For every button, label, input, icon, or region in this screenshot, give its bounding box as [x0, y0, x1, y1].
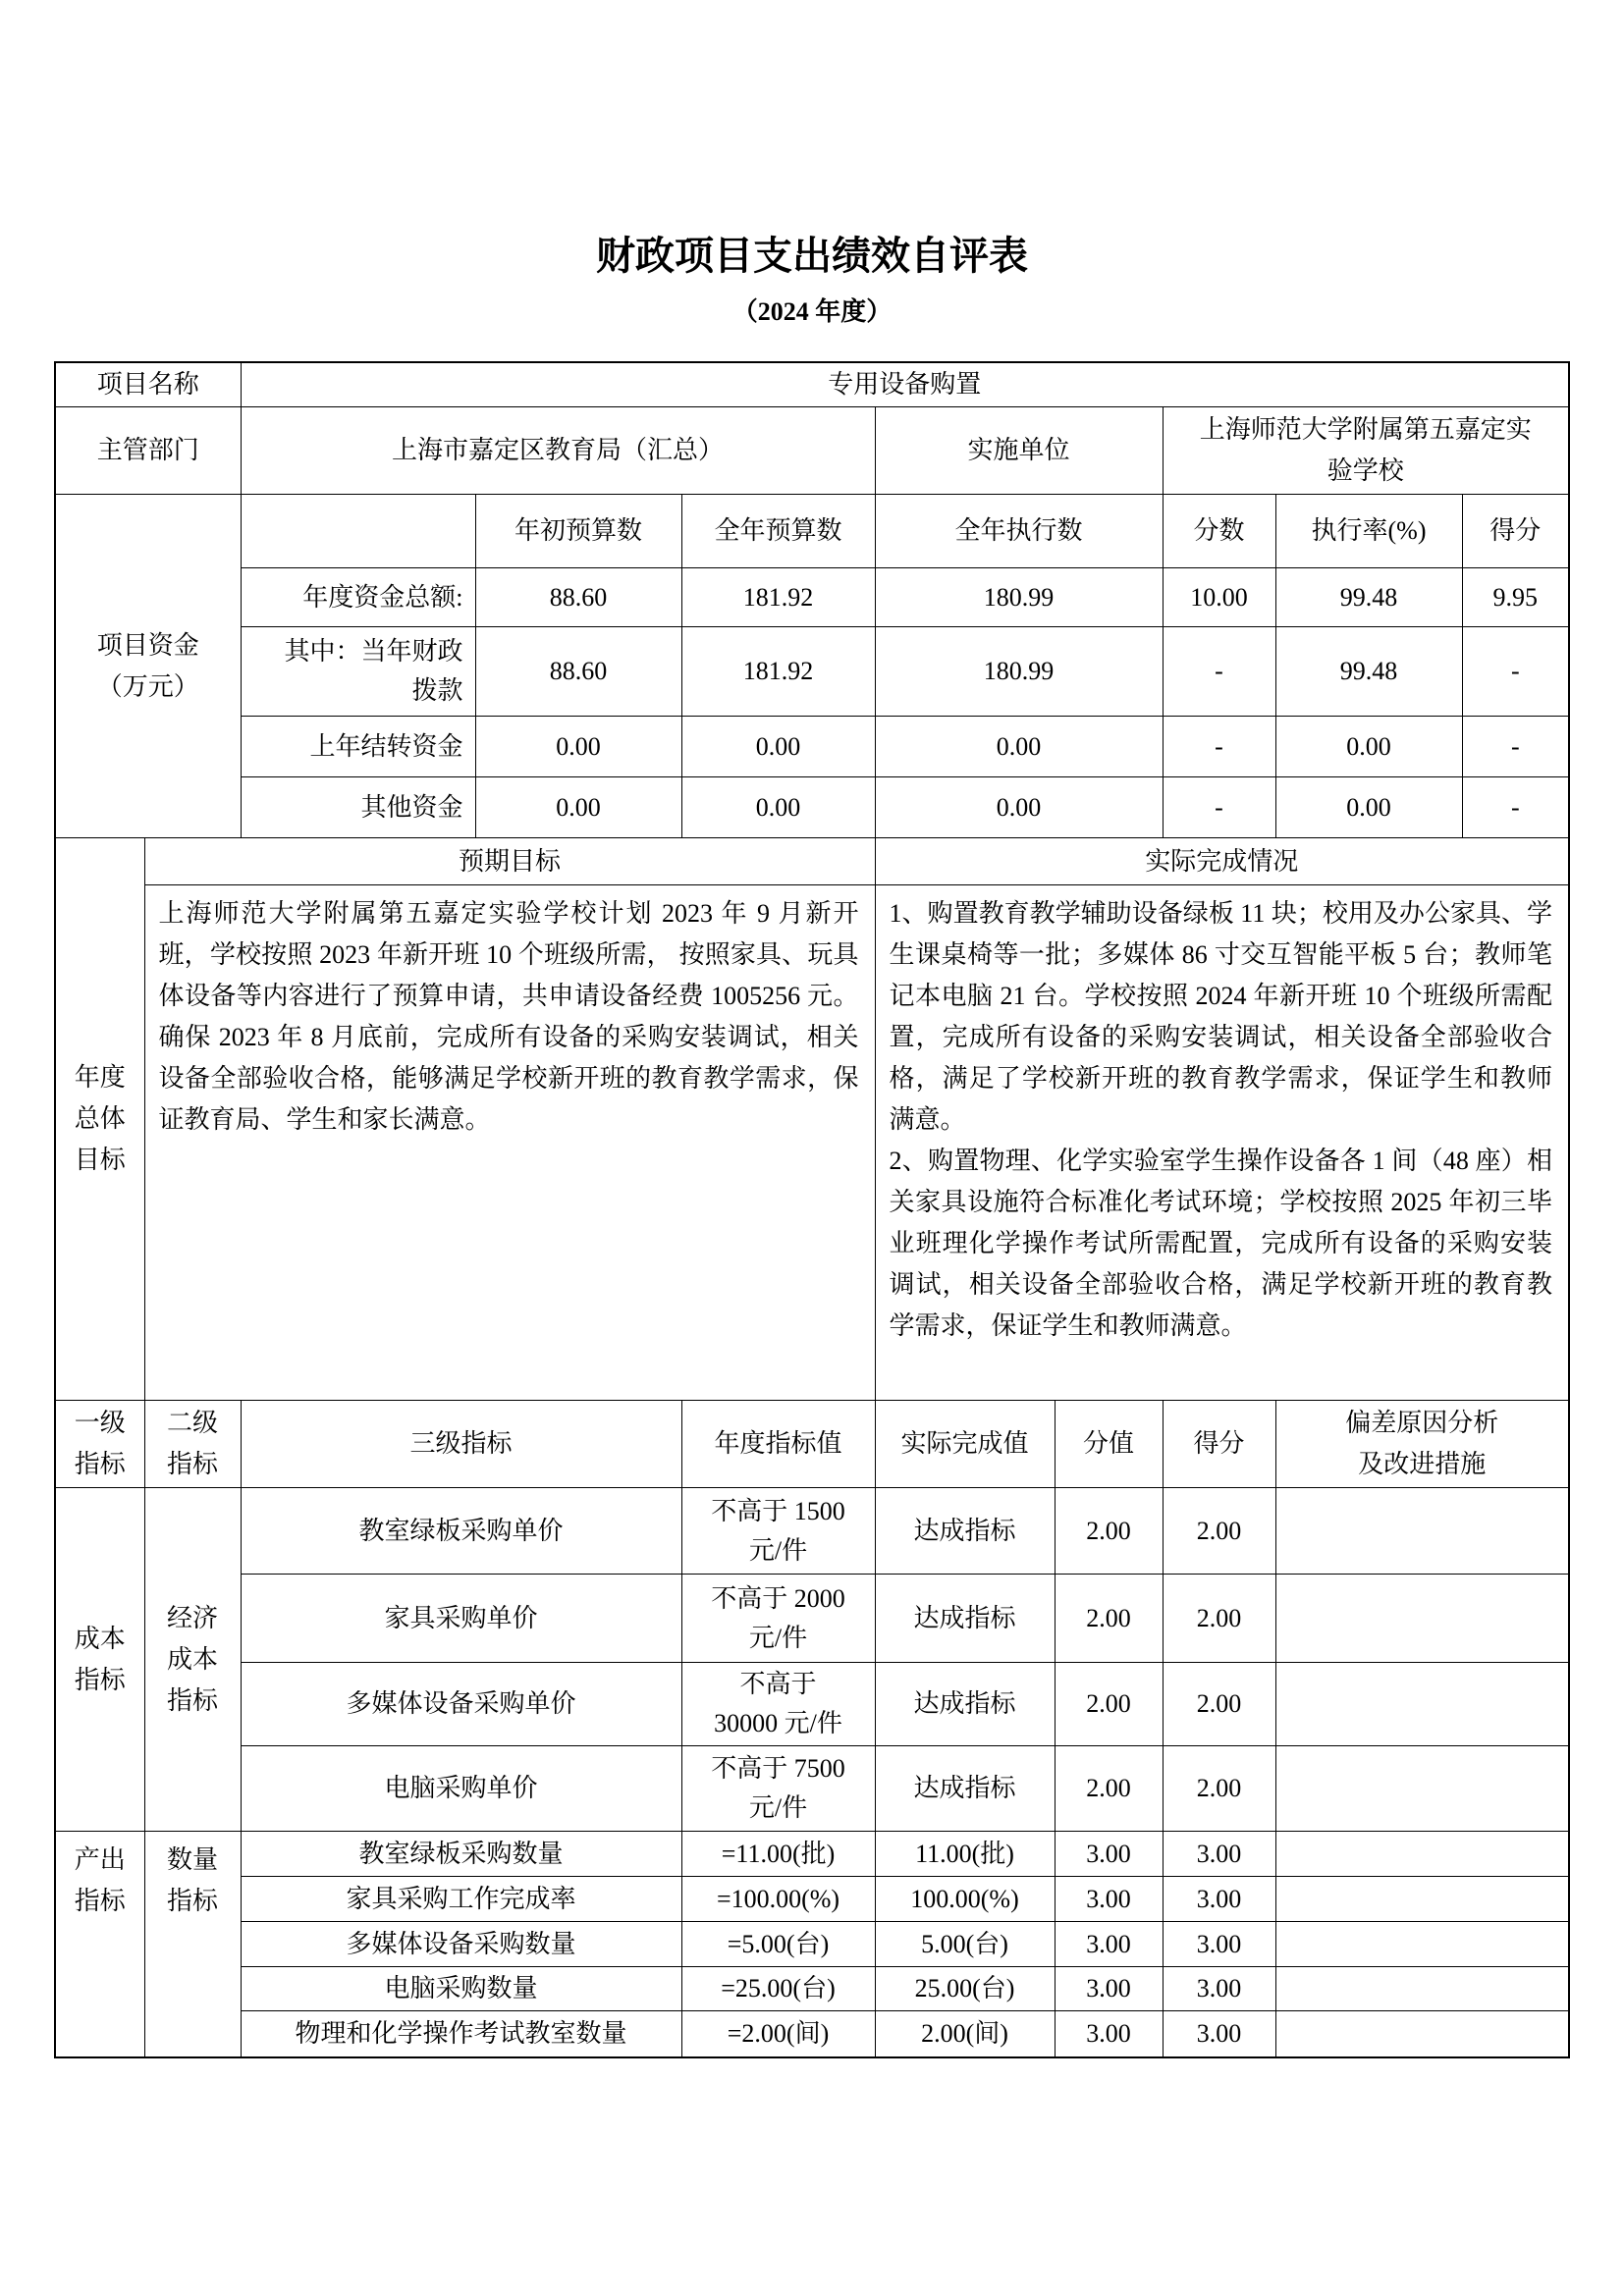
indicator-actual: 达成指标 [875, 1575, 1055, 1663]
funds-col-header-initial-budget: 年初预算数 [475, 495, 681, 568]
indicator-got: 3.00 [1163, 1967, 1275, 2011]
indicators-header-target: 年度指标值 [681, 1401, 875, 1488]
funds-cell: 180.99 [875, 568, 1163, 627]
indicators-header-level2-line1: 二级 [153, 1403, 233, 1444]
indicator-actual: 达成指标 [875, 1488, 1055, 1575]
goals-actual-paragraph-2: 2、购置物理、化学实验室学生操作设备各 1 间（48 座）相关家具设施符合标准化… [890, 1141, 1553, 1347]
indicator-target: 不高于 30000 元/件 [681, 1663, 875, 1746]
output-level2-line1: 数量 [153, 1840, 233, 1881]
goals-expected-paragraph: 上海师范大学附属第五嘉定实验学校计划 2023 年 9 月新开班，学校按照 20… [159, 893, 859, 1141]
indicator-target-line1: 不高于 7500 [690, 1749, 867, 1789]
indicator-target: 不高于 1500 元/件 [681, 1488, 875, 1575]
goals-actual-paragraph-1: 1、购置教育教学辅助设备绿板 11 块；校用及办公家具、学生课桌椅等一批；多媒体… [890, 893, 1553, 1141]
indicators-header-deviation-line2: 及改进措施 [1284, 1444, 1561, 1485]
indicators-header-level1-line1: 一级 [64, 1403, 136, 1444]
output-level2-line2: 指标 [153, 1881, 233, 1922]
indicator-deviation [1275, 1575, 1569, 1663]
self-evaluation-table: 项目名称 专用设备购置 主管部门 上海市嘉定区教育局（汇总） 实施单位 上海师范… [54, 361, 1570, 2058]
funds-col-header-exec-rate: 执行率(%) [1275, 495, 1462, 568]
indicator-actual: 达成指标 [875, 1746, 1055, 1832]
indicators-header-score: 分值 [1055, 1401, 1163, 1488]
indicator-name: 多媒体设备采购数量 [241, 1922, 681, 1967]
project-name-label: 项目名称 [55, 362, 241, 407]
dept-label: 主管部门 [55, 407, 241, 495]
indicators-header-deviation-line1: 偏差原因分析 [1284, 1403, 1561, 1444]
indicator-target: 不高于 2000 元/件 [681, 1575, 875, 1663]
impl-unit-value-line1: 上海师范大学附属第五嘉定实 [1171, 409, 1561, 451]
funds-cell: 180.99 [875, 627, 1163, 717]
funds-row-label: 其中：当年财政 拨款 [241, 627, 475, 717]
funds-cell: 88.60 [475, 568, 681, 627]
indicator-name: 教室绿板采购单价 [241, 1488, 681, 1575]
funds-cell: - [1163, 717, 1275, 777]
funds-row-label: 年度资金总额: [241, 568, 475, 627]
indicator-row: 多媒体设备采购单价 不高于 30000 元/件 达成指标 2.00 2.00 [55, 1663, 1569, 1746]
funds-row-label-line1: 其中：当年财政 [249, 632, 463, 671]
indicator-got: 2.00 [1163, 1746, 1275, 1832]
funds-cell: 88.60 [475, 627, 681, 717]
indicator-score: 3.00 [1055, 1922, 1163, 1967]
indicator-name: 家具采购单价 [241, 1575, 681, 1663]
funds-col-header-points: 得分 [1462, 495, 1569, 568]
goals-section-label-line3: 目标 [64, 1140, 136, 1181]
indicator-deviation [1275, 1488, 1569, 1575]
indicators-header-level1-line2: 指标 [64, 1444, 136, 1485]
funds-cell: - [1462, 627, 1569, 717]
funds-cell: 0.00 [681, 717, 875, 777]
indicator-target: =11.00(批) [681, 1832, 875, 1877]
indicator-got: 2.00 [1163, 1488, 1275, 1575]
goals-header-row: 年度 总体 目标 预期目标 实际完成情况 [55, 838, 1569, 885]
indicator-target: =25.00(台) [681, 1967, 875, 2011]
goals-section-label-line1: 年度 [64, 1057, 136, 1098]
indicator-target: =5.00(台) [681, 1922, 875, 1967]
indicator-score: 3.00 [1055, 1877, 1163, 1922]
indicator-deviation [1275, 2011, 1569, 2057]
indicators-header-got: 得分 [1163, 1401, 1275, 1488]
dept-value: 上海市嘉定区教育局（汇总） [241, 407, 875, 495]
output-level2-label: 数量 指标 [144, 1832, 241, 2057]
indicator-name: 教室绿板采购数量 [241, 1832, 681, 1877]
project-name-row: 项目名称 专用设备购置 [55, 362, 1569, 407]
indicators-header-level3: 三级指标 [241, 1401, 681, 1488]
funds-row-label: 上年结转资金 [241, 717, 475, 777]
goals-actual-header: 实际完成情况 [875, 838, 1569, 885]
goals-expected-header: 预期目标 [144, 838, 875, 885]
impl-unit-value-line2: 验学校 [1171, 451, 1561, 492]
document-subtitle: （2024 年度） [0, 295, 1624, 329]
goals-section-label-line2: 总体 [64, 1098, 136, 1140]
indicator-score: 3.00 [1055, 1832, 1163, 1877]
indicators-header-row: 一级 指标 二级 指标 三级指标 年度指标值 实际完成值 分值 得分 偏差原因分… [55, 1401, 1569, 1488]
indicator-target-line2: 元/件 [690, 1789, 867, 1828]
funds-blank-header [241, 495, 475, 568]
indicators-header-level2-line2: 指标 [153, 1444, 233, 1485]
funds-row-other: 其他资金 0.00 0.00 0.00 - 0.00 - [55, 777, 1569, 838]
indicator-actual: 25.00(台) [875, 1967, 1055, 2011]
indicator-got: 3.00 [1163, 1832, 1275, 1877]
funds-row-carryover: 上年结转资金 0.00 0.00 0.00 - 0.00 - [55, 717, 1569, 777]
indicator-name: 物理和化学操作考试教室数量 [241, 2011, 681, 2057]
funds-section-label-line1: 项目资金 [64, 625, 233, 667]
funds-cell: 0.00 [1275, 777, 1462, 838]
indicator-row: 电脑采购单价 不高于 7500 元/件 达成指标 2.00 2.00 [55, 1746, 1569, 1832]
output-level1-line1: 产出 [64, 1840, 136, 1881]
indicator-score: 2.00 [1055, 1746, 1163, 1832]
indicator-row: 物理和化学操作考试教室数量 =2.00(间) 2.00(间) 3.00 3.00 [55, 2011, 1569, 2057]
indicator-actual: 2.00(间) [875, 2011, 1055, 2057]
indicator-name: 多媒体设备采购单价 [241, 1663, 681, 1746]
indicator-row: 多媒体设备采购数量 =5.00(台) 5.00(台) 3.00 3.00 [55, 1922, 1569, 1967]
indicator-actual: 11.00(批) [875, 1832, 1055, 1877]
funds-cell: 0.00 [475, 777, 681, 838]
indicators-header-deviation: 偏差原因分析 及改进措施 [1275, 1401, 1569, 1488]
project-name-value: 专用设备购置 [241, 362, 1569, 407]
cost-level2-line1: 经济 [153, 1598, 233, 1639]
funds-cell: 0.00 [875, 777, 1163, 838]
funds-section-label: 项目资金 （万元） [55, 495, 241, 838]
funds-row-total: 年度资金总额: 88.60 181.92 180.99 10.00 99.48 … [55, 568, 1569, 627]
indicator-name: 电脑采购数量 [241, 1967, 681, 2011]
cost-level2-line3: 指标 [153, 1681, 233, 1722]
funds-cell: 181.92 [681, 568, 875, 627]
indicator-name: 家具采购工作完成率 [241, 1877, 681, 1922]
indicator-target-line2: 30000 元/件 [690, 1704, 867, 1743]
goals-content-row: 上海师范大学附属第五嘉定实验学校计划 2023 年 9 月新开班，学校按照 20… [55, 885, 1569, 1401]
indicator-score: 2.00 [1055, 1663, 1163, 1746]
indicator-row: 电脑采购数量 =25.00(台) 25.00(台) 3.00 3.00 [55, 1967, 1569, 2011]
indicator-actual: 100.00(%) [875, 1877, 1055, 1922]
indicator-score: 3.00 [1055, 2011, 1163, 2057]
indicator-got: 3.00 [1163, 2011, 1275, 2057]
funds-cell: 99.48 [1275, 568, 1462, 627]
document-title: 财政项目支出绩效自评表 [0, 0, 1624, 280]
department-row: 主管部门 上海市嘉定区教育局（汇总） 实施单位 上海师范大学附属第五嘉定实 验学… [55, 407, 1569, 495]
indicator-name: 电脑采购单价 [241, 1746, 681, 1832]
indicator-target: =2.00(间) [681, 2011, 875, 2057]
funds-row-fiscal: 其中：当年财政 拨款 88.60 181.92 180.99 - 99.48 - [55, 627, 1569, 717]
impl-unit-value: 上海师范大学附属第五嘉定实 验学校 [1163, 407, 1569, 495]
funds-cell: - [1462, 777, 1569, 838]
cost-level1-line1: 成本 [64, 1619, 136, 1660]
indicator-target-line1: 不高于 [690, 1665, 867, 1704]
indicators-header-level1: 一级 指标 [55, 1401, 144, 1488]
funds-row-label-line2: 拨款 [249, 671, 463, 711]
indicator-row: 家具采购工作完成率 =100.00(%) 100.00(%) 3.00 3.00 [55, 1877, 1569, 1922]
indicator-row: 产出 指标 数量 指标 教室绿板采购数量 =11.00(批) 11.00(批) … [55, 1832, 1569, 1877]
indicator-score: 3.00 [1055, 1967, 1163, 2011]
funds-col-header-executed: 全年执行数 [875, 495, 1163, 568]
funds-cell: 99.48 [1275, 627, 1462, 717]
funds-col-header-annual-budget: 全年预算数 [681, 495, 875, 568]
indicator-deviation [1275, 1663, 1569, 1746]
indicator-got: 2.00 [1163, 1575, 1275, 1663]
indicator-deviation [1275, 1877, 1569, 1922]
funds-cell: 0.00 [1275, 717, 1462, 777]
indicator-deviation [1275, 1832, 1569, 1877]
cost-level2-label: 经济 成本 指标 [144, 1488, 241, 1832]
indicator-target-line2: 元/件 [690, 1531, 867, 1571]
cost-level1-label: 成本 指标 [55, 1488, 144, 1832]
indicators-header-level2: 二级 指标 [144, 1401, 241, 1488]
funds-cell: 181.92 [681, 627, 875, 717]
funds-cell: 0.00 [681, 777, 875, 838]
indicator-got: 3.00 [1163, 1922, 1275, 1967]
indicator-actual: 5.00(台) [875, 1922, 1055, 1967]
impl-unit-label: 实施单位 [875, 407, 1163, 495]
funds-cell: 9.95 [1462, 568, 1569, 627]
indicator-deviation [1275, 1922, 1569, 1967]
indicator-actual: 达成指标 [875, 1663, 1055, 1746]
funds-cell: - [1462, 717, 1569, 777]
goals-expected-text: 上海师范大学附属第五嘉定实验学校计划 2023 年 9 月新开班，学校按照 20… [144, 885, 875, 1401]
output-level1-line2: 指标 [64, 1881, 136, 1922]
indicators-header-actual: 实际完成值 [875, 1401, 1055, 1488]
goals-actual-text: 1、购置教育教学辅助设备绿板 11 块；校用及办公家具、学生课桌椅等一批；多媒体… [875, 885, 1569, 1401]
cost-level2-line2: 成本 [153, 1639, 233, 1681]
funds-header-row: 项目资金 （万元） 年初预算数 全年预算数 全年执行数 分数 执行率(%) 得分 [55, 495, 1569, 568]
indicator-score: 2.00 [1055, 1488, 1163, 1575]
indicator-target-line1: 不高于 2000 [690, 1579, 867, 1619]
indicator-deviation [1275, 1746, 1569, 1832]
indicator-row: 家具采购单价 不高于 2000 元/件 达成指标 2.00 2.00 [55, 1575, 1569, 1663]
indicator-got: 2.00 [1163, 1663, 1275, 1746]
funds-cell: 0.00 [475, 717, 681, 777]
indicator-row: 成本 指标 经济 成本 指标 教室绿板采购单价 不高于 1500 元/件 达成指… [55, 1488, 1569, 1575]
cost-level1-line2: 指标 [64, 1660, 136, 1701]
indicator-score: 2.00 [1055, 1575, 1163, 1663]
funds-cell: 0.00 [875, 717, 1163, 777]
funds-cell: - [1163, 627, 1275, 717]
indicator-target: 不高于 7500 元/件 [681, 1746, 875, 1832]
output-level1-label: 产出 指标 [55, 1832, 144, 2057]
goals-section-label: 年度 总体 目标 [55, 838, 144, 1401]
indicator-target-line1: 不高于 1500 [690, 1492, 867, 1531]
funds-col-header-score: 分数 [1163, 495, 1275, 568]
funds-row-label: 其他资金 [241, 777, 475, 838]
indicator-deviation [1275, 1967, 1569, 2011]
indicator-got: 3.00 [1163, 1877, 1275, 1922]
funds-section-label-line2: （万元） [64, 667, 233, 708]
funds-cell: 10.00 [1163, 568, 1275, 627]
indicator-target: =100.00(%) [681, 1877, 875, 1922]
indicator-target-line2: 元/件 [690, 1619, 867, 1658]
funds-cell: - [1163, 777, 1275, 838]
